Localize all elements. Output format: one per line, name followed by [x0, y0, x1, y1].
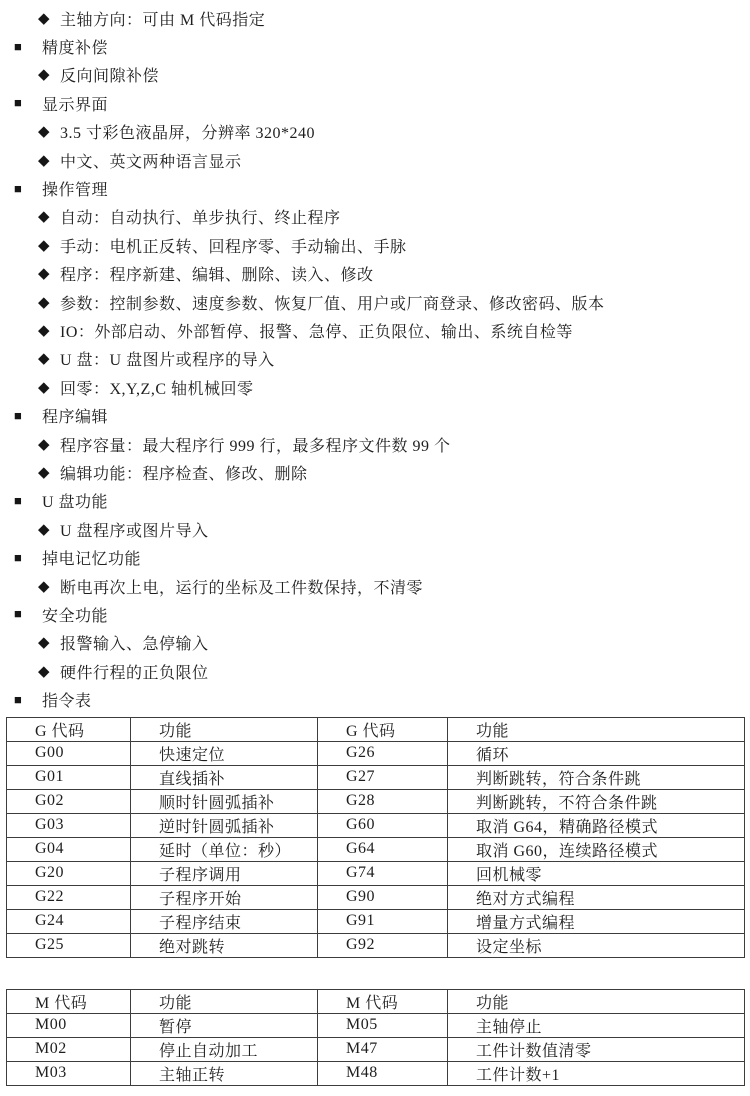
diamond-bullet-icon: ◆: [38, 207, 60, 226]
function-cell: 子程序开始: [131, 885, 318, 909]
list-item-text: 掉电记忆功能: [42, 546, 141, 569]
g-code-table-header: G 代码功能G 代码功能: [7, 717, 745, 741]
list-item-text: 反向间隙补偿: [60, 63, 159, 86]
diamond-bullet-icon: ◆: [38, 378, 60, 397]
code-cell: G04: [7, 837, 131, 861]
list-item-detail: ◆中文、英文两种语言显示: [0, 146, 750, 174]
code-cell: M47: [318, 1037, 448, 1061]
header-row: G 代码功能G 代码功能: [7, 717, 745, 741]
function-cell: 暂停: [131, 1013, 318, 1037]
list-item-text: 硬件行程的正负限位: [60, 660, 209, 683]
square-bullet-icon: ■: [14, 408, 42, 424]
m-code-table: M 代码功能M 代码功能 M00暂停M05主轴停止M02停止自动加工M47工件计…: [6, 989, 745, 1086]
list-item-detail: ◆报警输入、急停输入: [0, 629, 750, 657]
m-code-table-header: M 代码功能M 代码功能: [7, 989, 745, 1013]
diamond-bullet-icon: ◆: [38, 662, 60, 681]
m-code-table-body: M00暂停M05主轴停止M02停止自动加工M47工件计数值清零M03主轴正转M4…: [7, 1013, 745, 1085]
square-bullet-icon: ■: [14, 95, 42, 111]
table-row: G02顺时针圆弧插补G28判断跳转，不符合条件跳: [7, 789, 745, 813]
function-cell: 设定坐标: [448, 933, 745, 957]
list-item-text: 报警输入、急停输入: [60, 631, 209, 654]
header-cell: 功能: [448, 717, 745, 741]
list-item-detail: ◆手动：电机正反转、回程序零、手动输出、手脉: [0, 231, 750, 259]
square-bullet-icon: ■: [14, 550, 42, 566]
list-item-section: ■U 盘功能: [0, 487, 750, 515]
function-cell: 取消 G60，连续路径模式: [448, 837, 745, 861]
table-row: M02停止自动加工M47工件计数值清零: [7, 1037, 745, 1061]
list-item-detail: ◆断电再次上电，运行的坐标及工件数保持，不清零: [0, 572, 750, 600]
code-cell: M03: [7, 1061, 131, 1085]
code-cell: G74: [318, 861, 448, 885]
header-cell: 功能: [448, 989, 745, 1013]
function-cell: 判断跳转，符合条件跳: [448, 765, 745, 789]
square-bullet-icon: ■: [14, 692, 42, 708]
list-item-detail: ◆3.5 寸彩色液晶屏，分辨率 320*240: [0, 118, 750, 146]
function-cell: 顺时针圆弧插补: [131, 789, 318, 813]
square-bullet-icon: ■: [14, 181, 42, 197]
list-item-text: 指令表: [42, 688, 92, 711]
list-item-section: ■掉电记忆功能: [0, 543, 750, 571]
table-row: G00快速定位G26循环: [7, 741, 745, 765]
code-cell: M48: [318, 1061, 448, 1085]
function-cell: 逆时针圆弧插补: [131, 813, 318, 837]
list-item-text: 精度补偿: [42, 35, 108, 58]
list-item-text: U 盘程序或图片导入: [60, 518, 209, 541]
list-item-detail: ◆U 盘：U 盘图片或程序的导入: [0, 345, 750, 373]
code-cell: G60: [318, 813, 448, 837]
list-item-detail: ◆主轴方向：可由 M 代码指定: [0, 4, 750, 32]
code-cell: M02: [7, 1037, 131, 1061]
table-row: G22子程序开始G90绝对方式编程: [7, 885, 745, 909]
table-row: M00暂停M05主轴停止: [7, 1013, 745, 1037]
list-item-text: 断电再次上电，运行的坐标及工件数保持，不清零: [60, 575, 423, 598]
diamond-bullet-icon: ◆: [38, 264, 60, 283]
list-item-text: 程序编辑: [42, 404, 108, 427]
diamond-bullet-icon: ◆: [38, 520, 60, 539]
header-cell: M 代码: [7, 989, 131, 1013]
code-cell: G24: [7, 909, 131, 933]
list-item-detail: ◆自动：自动执行、单步执行、终止程序: [0, 203, 750, 231]
g-code-table: G 代码功能G 代码功能 G00快速定位G26循环G01直线插补G27判断跳转，…: [6, 717, 745, 958]
table-row: G03逆时针圆弧插补G60取消 G64，精确路径模式: [7, 813, 745, 837]
list-item-detail: ◆反向间隙补偿: [0, 61, 750, 89]
function-cell: 绝对跳转: [131, 933, 318, 957]
code-cell: G01: [7, 765, 131, 789]
diamond-bullet-icon: ◆: [38, 293, 60, 312]
list-item-text: 手动：电机正反转、回程序零、手动输出、手脉: [60, 234, 407, 257]
table-row: G20子程序调用G74回机械零: [7, 861, 745, 885]
list-item-text: 参数：控制参数、速度参数、恢复厂值、用户或厂商登录、修改密码、版本: [60, 291, 605, 314]
code-cell: G27: [318, 765, 448, 789]
function-cell: 增量方式编程: [448, 909, 745, 933]
header-cell: 功能: [131, 717, 318, 741]
g-code-table-body: G00快速定位G26循环G01直线插补G27判断跳转，符合条件跳G02顺时针圆弧…: [7, 741, 745, 957]
list-item-text: 自动：自动执行、单步执行、终止程序: [60, 205, 341, 228]
function-cell: 工件计数+1: [448, 1061, 745, 1085]
function-cell: 子程序结束: [131, 909, 318, 933]
function-cell: 回机械零: [448, 861, 745, 885]
list-item-detail: ◆回零：X,Y,Z,C 轴机械回零: [0, 373, 750, 401]
diamond-bullet-icon: ◆: [38, 633, 60, 652]
diamond-bullet-icon: ◆: [38, 321, 60, 340]
feature-list: ◆主轴方向：可由 M 代码指定■精度补偿◆反向间隙补偿■显示界面◆3.5 寸彩色…: [0, 4, 750, 714]
list-item-section: ■操作管理: [0, 174, 750, 202]
list-item-text: IO：外部启动、外部暂停、报警、急停、正负限位、输出、系统自检等: [60, 319, 573, 342]
document-page: ◆主轴方向：可由 M 代码指定■精度补偿◆反向间隙补偿■显示界面◆3.5 寸彩色…: [0, 0, 750, 1086]
list-item-text: 中文、英文两种语言显示: [60, 149, 242, 172]
table-row: G24子程序结束G91增量方式编程: [7, 909, 745, 933]
code-cell: G28: [318, 789, 448, 813]
function-cell: 取消 G64，精确路径模式: [448, 813, 745, 837]
list-item-text: 程序：程序新建、编辑、删除、读入、修改: [60, 262, 374, 285]
function-cell: 判断跳转，不符合条件跳: [448, 789, 745, 813]
list-item-detail: ◆程序：程序新建、编辑、删除、读入、修改: [0, 260, 750, 288]
list-item-detail: ◆U 盘程序或图片导入: [0, 515, 750, 543]
list-item-section: ■显示界面: [0, 89, 750, 117]
list-item-detail: ◆程序容量：最大程序行 999 行，最多程序文件数 99 个: [0, 430, 750, 458]
table-row: M03主轴正转M48工件计数+1: [7, 1061, 745, 1085]
list-item-section: ■安全功能: [0, 600, 750, 628]
code-cell: G22: [7, 885, 131, 909]
function-cell: 主轴正转: [131, 1061, 318, 1085]
list-item-text: U 盘功能: [42, 489, 108, 512]
header-row: M 代码功能M 代码功能: [7, 989, 745, 1013]
code-cell: M00: [7, 1013, 131, 1037]
code-cell: G64: [318, 837, 448, 861]
list-item-text: 回零：X,Y,Z,C 轴机械回零: [60, 376, 254, 399]
header-cell: G 代码: [318, 717, 448, 741]
diamond-bullet-icon: ◆: [38, 151, 60, 170]
function-cell: 循环: [448, 741, 745, 765]
code-cell: G02: [7, 789, 131, 813]
list-item-detail: ◆IO：外部启动、外部暂停、报警、急停、正负限位、输出、系统自检等: [0, 316, 750, 344]
function-cell: 绝对方式编程: [448, 885, 745, 909]
list-item-detail: ◆编辑功能：程序检查、修改、删除: [0, 458, 750, 486]
table-row: G01直线插补G27判断跳转，符合条件跳: [7, 765, 745, 789]
list-item-text: 主轴方向：可由 M 代码指定: [60, 7, 265, 30]
list-item-detail: ◆硬件行程的正负限位: [0, 657, 750, 685]
code-cell: G92: [318, 933, 448, 957]
list-item-section: ■程序编辑: [0, 401, 750, 429]
code-cell: G26: [318, 741, 448, 765]
header-cell: 功能: [131, 989, 318, 1013]
diamond-bullet-icon: ◆: [38, 435, 60, 454]
function-cell: 停止自动加工: [131, 1037, 318, 1061]
code-cell: G03: [7, 813, 131, 837]
list-item-text: U 盘：U 盘图片或程序的导入: [60, 347, 275, 370]
function-cell: 直线插补: [131, 765, 318, 789]
diamond-bullet-icon: ◆: [38, 122, 60, 141]
header-cell: G 代码: [7, 717, 131, 741]
code-cell: G25: [7, 933, 131, 957]
square-bullet-icon: ■: [14, 606, 42, 622]
list-item-text: 3.5 寸彩色液晶屏，分辨率 320*240: [60, 120, 315, 143]
function-cell: 快速定位: [131, 741, 318, 765]
diamond-bullet-icon: ◆: [38, 463, 60, 482]
table-row: G25绝对跳转G92设定坐标: [7, 933, 745, 957]
function-cell: 主轴停止: [448, 1013, 745, 1037]
list-item-text: 操作管理: [42, 177, 108, 200]
code-cell: G91: [318, 909, 448, 933]
diamond-bullet-icon: ◆: [38, 65, 60, 84]
list-item-text: 编辑功能：程序检查、修改、删除: [60, 461, 308, 484]
square-bullet-icon: ■: [14, 39, 42, 55]
square-bullet-icon: ■: [14, 493, 42, 509]
diamond-bullet-icon: ◆: [38, 349, 60, 368]
diamond-bullet-icon: ◆: [38, 9, 60, 28]
code-cell: G90: [318, 885, 448, 909]
function-cell: 延时（单位：秒）: [131, 837, 318, 861]
header-cell: M 代码: [318, 989, 448, 1013]
list-item-detail: ◆参数：控制参数、速度参数、恢复厂值、用户或厂商登录、修改密码、版本: [0, 288, 750, 316]
list-item-text: 安全功能: [42, 603, 108, 626]
code-cell: G20: [7, 861, 131, 885]
list-item-section: ■精度补偿: [0, 32, 750, 60]
list-item-section: ■指令表: [0, 685, 750, 713]
code-cell: M05: [318, 1013, 448, 1037]
table-row: G04延时（单位：秒）G64取消 G60，连续路径模式: [7, 837, 745, 861]
diamond-bullet-icon: ◆: [38, 236, 60, 255]
diamond-bullet-icon: ◆: [38, 577, 60, 596]
list-item-text: 程序容量：最大程序行 999 行，最多程序文件数 99 个: [60, 433, 451, 456]
function-cell: 工件计数值清零: [448, 1037, 745, 1061]
list-item-text: 显示界面: [42, 92, 108, 115]
function-cell: 子程序调用: [131, 861, 318, 885]
code-cell: G00: [7, 741, 131, 765]
